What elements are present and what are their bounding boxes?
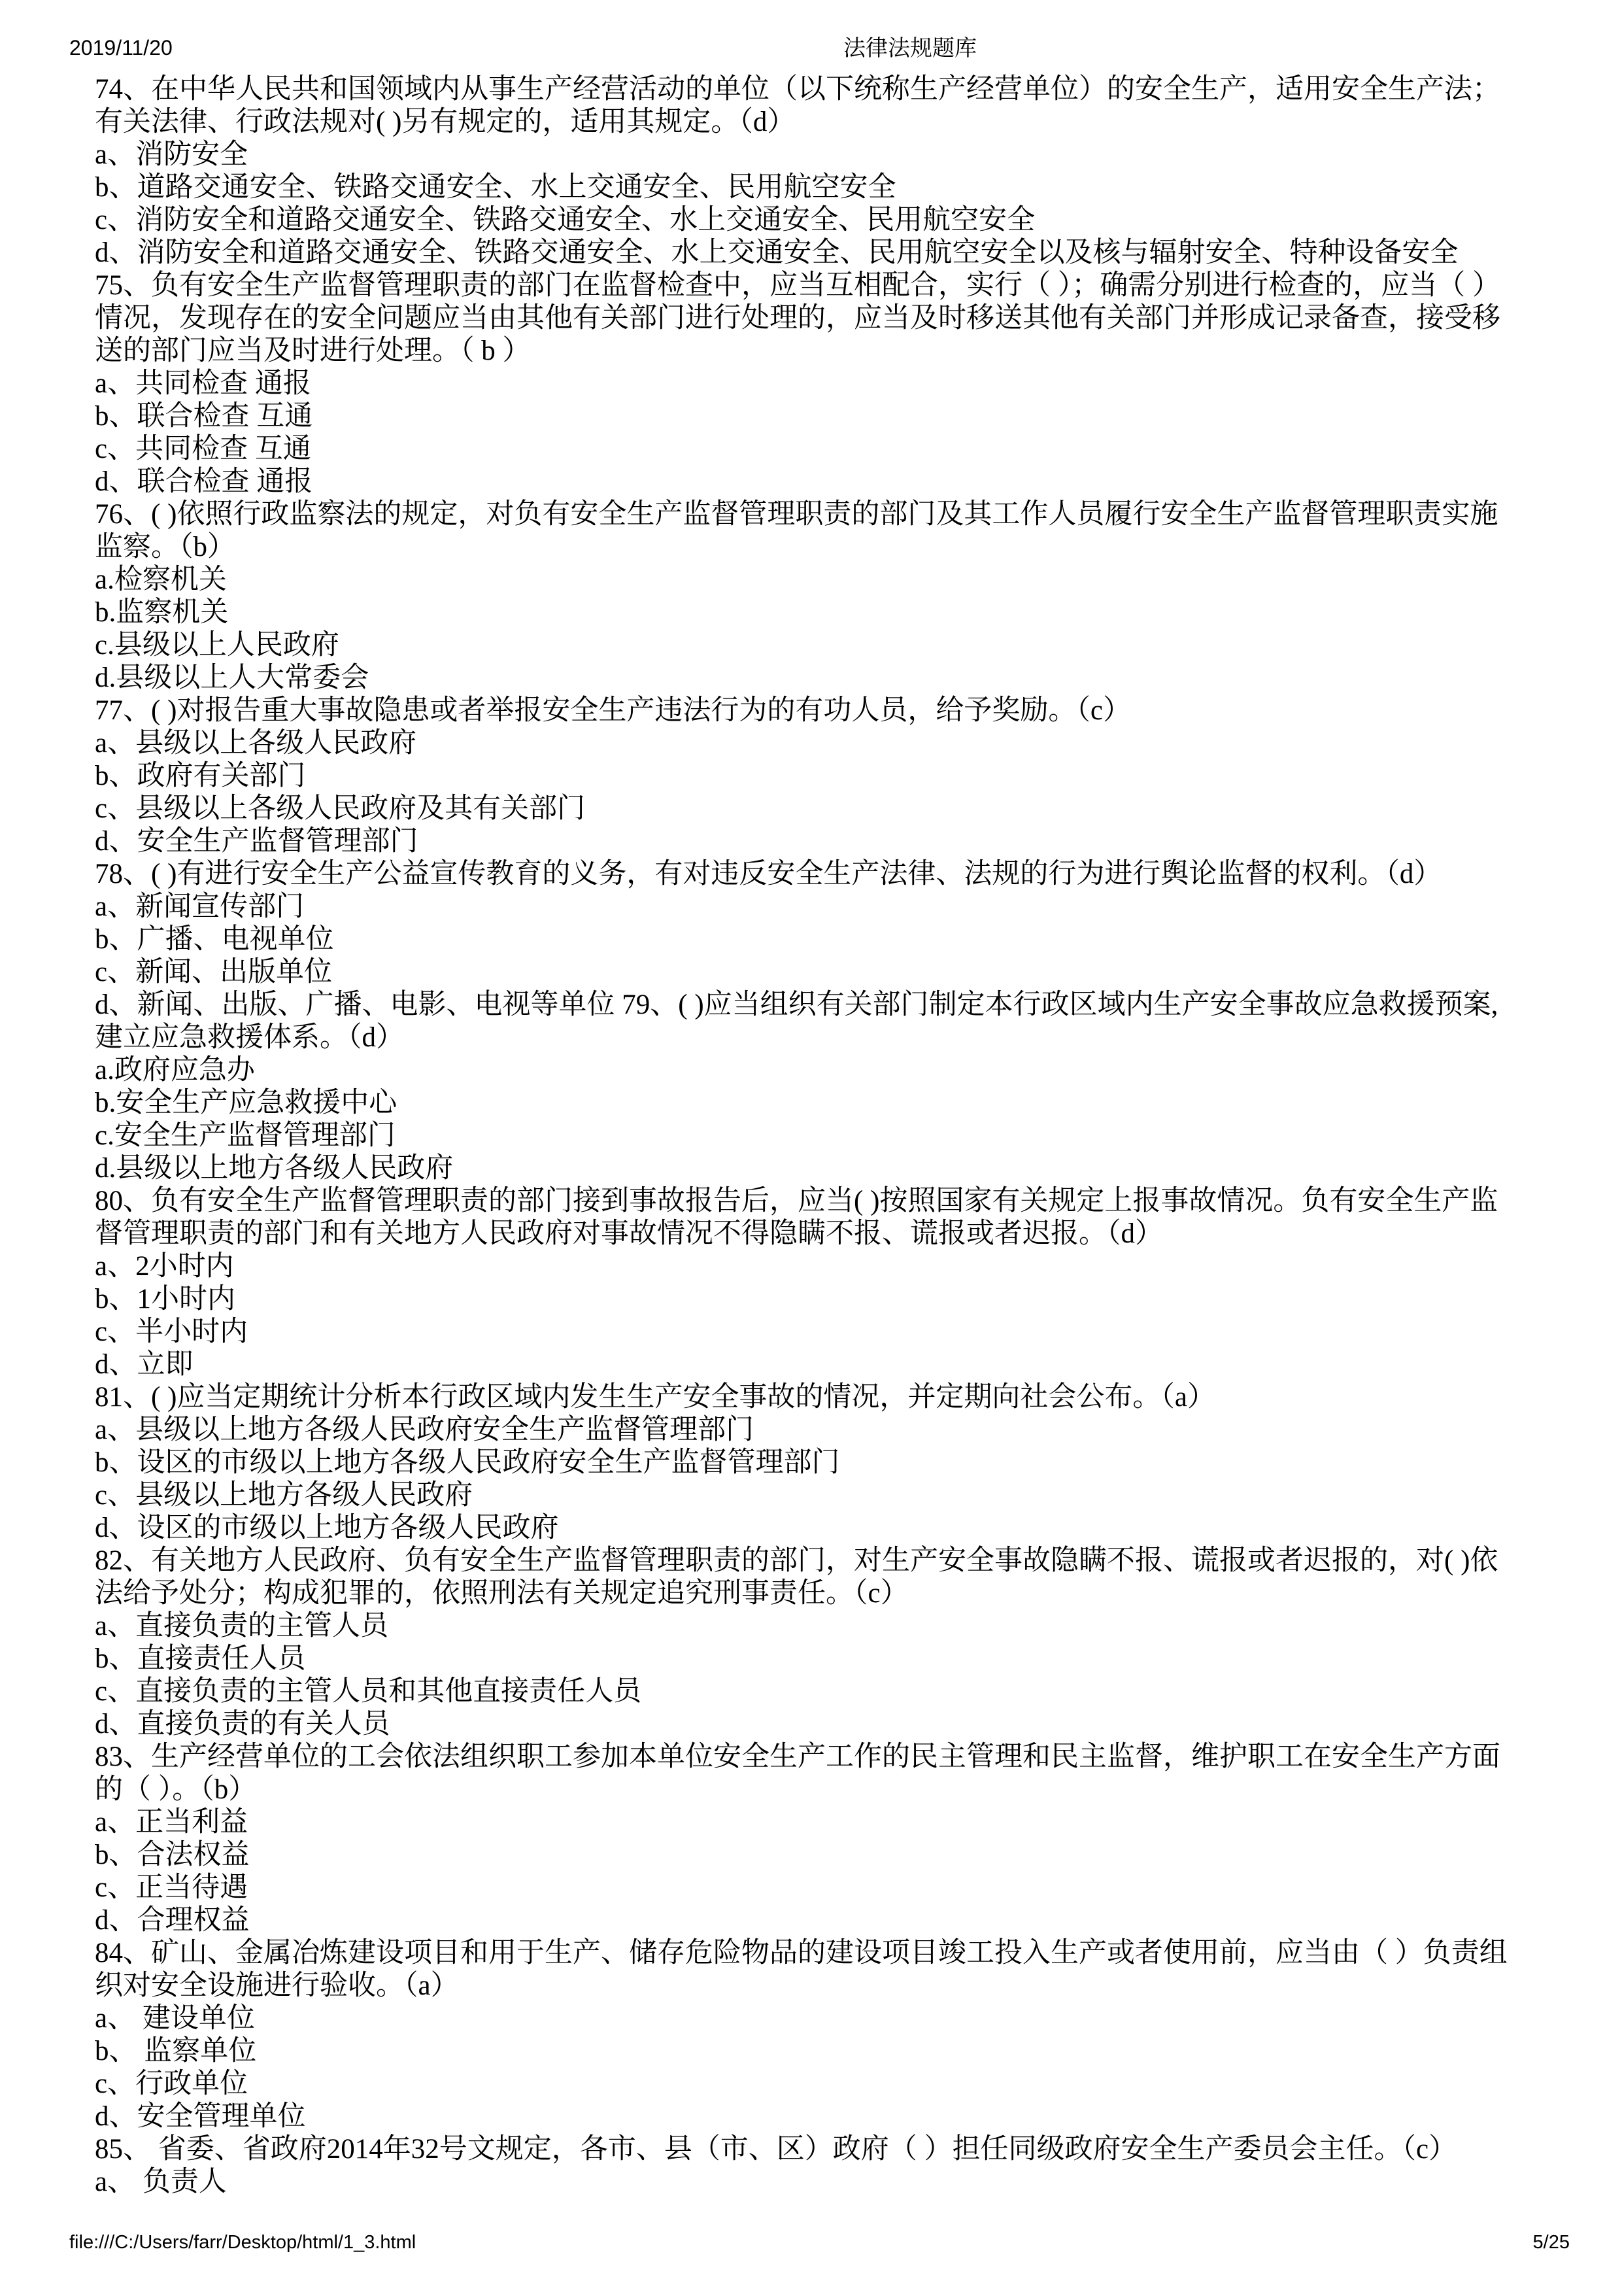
option-text: a、新闻宣传部门	[95, 891, 1513, 923]
option-text: b、直接责任人员	[95, 1643, 1513, 1675]
option-text: b.监察机关	[95, 596, 1513, 629]
print-footer-file-url: file:///C:/Users/farr/Desktop/html/1_3.h…	[69, 2231, 416, 2253]
option-text: b、广播、电视单位	[95, 923, 1513, 956]
option-text: a、直接负责的主管人员	[95, 1610, 1513, 1643]
question-text: 82、有关地方人民政府、负有安全生产监督管理职责的部门，对生产安全事故隐瞒不报、…	[95, 1545, 1513, 1610]
option-text: b.安全生产应急救援中心	[95, 1087, 1513, 1120]
question-text: 83、生产经营单位的工会依法组织职工参加本单位安全生产工作的民主管理和民主监督，…	[95, 1741, 1513, 1806]
question-text: 80、负有安全生产监督管理职责的部门接到事故报告后，应当( )按照国家有关规定上…	[95, 1185, 1513, 1250]
option-text: d、直接负责的有关人员	[95, 1708, 1513, 1741]
option-text: d、设区的市级以上地方各级人民政府	[95, 1512, 1513, 1545]
option-text: a、 建设单位	[95, 2002, 1513, 2035]
print-header-date: 2019/11/20	[69, 35, 173, 60]
option-text: d、联合检查 通报	[95, 466, 1513, 498]
option-text: c、正当待遇	[95, 1872, 1513, 1904]
option-text: d、立即	[95, 1348, 1513, 1381]
question-text: 78、( )有进行安全生产公益宣传教育的义务，有对违反安全生产法律、法规的行为进…	[95, 858, 1513, 891]
option-text: c、行政单位	[95, 2068, 1513, 2100]
option-text: d.县级以上地方各级人民政府	[95, 1152, 1513, 1185]
option-text: d、安全生产监督管理部门	[95, 825, 1513, 858]
option-text: b、联合检查 互通	[95, 400, 1513, 433]
option-text: a、县级以上地方各级人民政府安全生产监督管理部门	[95, 1414, 1513, 1447]
option-text: a、消防安全	[95, 139, 1513, 171]
option-text: c、县级以上地方各级人民政府	[95, 1479, 1513, 1512]
option-text: d、消防安全和道路交通安全、铁路交通安全、水上交通安全、民用航空安全以及核与辐射…	[95, 237, 1513, 269]
option-text: a、 负责人	[95, 2166, 1513, 2199]
option-text: b、设区的市级以上地方各级人民政府安全生产监督管理部门	[95, 1447, 1513, 1479]
option-text: d、新闻、出版、广播、电影、电视等单位 79、( )应当组织有关部门制定本行政区…	[95, 989, 1513, 1054]
option-text: d、合理权益	[95, 1904, 1513, 1937]
option-text: b、 监察单位	[95, 2035, 1513, 2068]
option-text: d.县级以上人大常委会	[95, 662, 1513, 694]
option-text: a、县级以上各级人民政府	[95, 727, 1513, 760]
option-text: c.县级以上人民政府	[95, 629, 1513, 662]
option-text: a、共同检查 通报	[95, 368, 1513, 400]
option-text: c、县级以上各级人民政府及其有关部门	[95, 793, 1513, 825]
option-text: a、正当利益	[95, 1806, 1513, 1839]
question-text: 81、( )应当定期统计分析本行政区域内发生生产安全事故的情况，并定期向社会公布…	[95, 1381, 1513, 1414]
option-text: a.政府应急办	[95, 1054, 1513, 1087]
option-text: b、道路交通安全、铁路交通安全、水上交通安全、民用航空安全	[95, 171, 1513, 204]
page: { "page": { "background_color": "#ffffff…	[0, 0, 1622, 2296]
document-title: 法律法规题库	[843, 37, 977, 61]
question-text: 77、( )对报告重大事故隐患或者举报安全生产违法行为的有功人员，给予奖励。（c…	[95, 694, 1513, 727]
question-text: 84、矿山、金属冶炼建设项目和用于生产、储存危险物品的建设项目竣工投入生产或者使…	[95, 1937, 1513, 2002]
option-text: a、2小时内	[95, 1250, 1513, 1283]
question-text: 76、( )依照行政监察法的规定，对负有安全生产监督管理职责的部门及其工作人员履…	[95, 498, 1513, 564]
option-text: b、1小时内	[95, 1283, 1513, 1316]
option-text: b、政府有关部门	[95, 760, 1513, 793]
question-text: 74、在中华人民共和国领域内从事生产经营活动的单位（以下统称生产经营单位）的安全…	[95, 73, 1513, 139]
option-text: a.检察机关	[95, 564, 1513, 596]
question-text: 75、负有安全生产监督管理职责的部门在监督检查中，应当互相配合，实行（ ）；确需…	[95, 269, 1513, 368]
option-text: c、共同检查 互通	[95, 433, 1513, 466]
option-text: c、新闻、出版单位	[95, 956, 1513, 989]
question-text: 85、 省委、省政府2014年32号文规定，各市、县（市、区）政府（ ）担任同级…	[95, 2133, 1513, 2166]
question-list: 74、在中华人民共和国领域内从事生产经营活动的单位（以下统称生产经营单位）的安全…	[95, 73, 1513, 2199]
option-text: c、消防安全和道路交通安全、铁路交通安全、水上交通安全、民用航空安全	[95, 204, 1513, 237]
option-text: c、半小时内	[95, 1316, 1513, 1348]
print-footer-page-number: 5/25	[1533, 2231, 1570, 2253]
option-text: c、直接负责的主管人员和其他直接责任人员	[95, 1675, 1513, 1708]
option-text: b、合法权益	[95, 1839, 1513, 1872]
option-text: d、安全管理单位	[95, 2100, 1513, 2133]
option-text: c.安全生产监督管理部门	[95, 1120, 1513, 1152]
